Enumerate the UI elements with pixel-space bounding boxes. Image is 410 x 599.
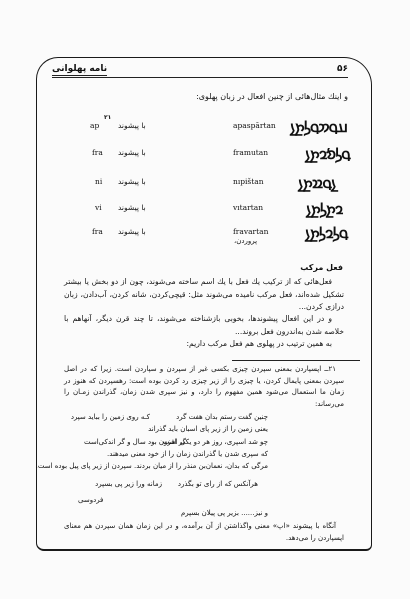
transliteration: fravartan [233, 227, 268, 236]
header-rule [52, 77, 348, 78]
intro-text: و اینك مثال‌هائی از چنین افعال در زبان پ… [196, 92, 348, 101]
with-prefix-label: با پیشوند [118, 148, 146, 157]
transliteration: nıpištan [233, 177, 264, 186]
footnote-reference: ۲۱ [104, 114, 111, 121]
verse-line: گر افزون بود سال و گر اندکی‌است [84, 438, 186, 446]
with-prefix-label: با پیشوند [118, 227, 146, 236]
prefix: ap [90, 121, 99, 130]
example-row: fra با پیشوند fravartan 𐭯𐭫𐭥𐭫𐭲𐭭 [0, 227, 410, 241]
prefix: fra [92, 227, 103, 236]
section-title: فعل مرکب [300, 263, 343, 272]
pahlavi-word: 𐭥𐭲𐭫𐭲𐭭 [306, 199, 342, 220]
transliteration: vıtartan [233, 203, 263, 212]
paragraph: فعل‌هائی که از ترکیب یك فعل با یك اسم سا… [64, 276, 344, 314]
verse-note: که سپری شدن یا گذراندن زمان را از خود مع… [107, 450, 268, 458]
pahlavi-word: 𐭯𐭫𐭥𐭫𐭲𐭭 [305, 223, 348, 244]
footnote-rule [232, 360, 360, 361]
prefix: ni [95, 177, 102, 186]
poet-name: فردوسی [78, 496, 103, 504]
verse-line: کـه روی زمین را بباید سپرد [71, 413, 150, 421]
prefix: fra [92, 148, 103, 157]
paragraph: به همین ترتیب در پهلوی هم فعل مرکب داریم… [64, 338, 344, 351]
page-number: ۵۶ [337, 64, 348, 74]
with-prefix-label: با پیشوند [118, 177, 146, 186]
transliteration: apaspārtan [233, 121, 276, 130]
prefix: vi [95, 203, 102, 212]
with-prefix-label: با پیشوند [118, 203, 146, 212]
book-title: نامه پهلوانی [52, 64, 107, 76]
example-row: ni با پیشوند nıpištan 𐭭𐭯𐭱𐭲𐭭 [0, 177, 410, 191]
paragraph: و در این افعال پیشوندها، بخوبی بازشناخته… [64, 313, 344, 338]
pahlavi-word: 𐭭𐭯𐭱𐭲𐭭 [298, 173, 336, 194]
footnote-text: ۲۱ــ اپسپاردن بمعنی سپردن چیزی بکسی غیر … [64, 364, 344, 410]
pahlavi-word: 𐭯𐭫𐭬𐭥𐭲𐭭 [305, 144, 350, 165]
fravartan-gloss: پروردن، [234, 237, 257, 245]
verse-line: چنین گفت رستم بدان هفت گرد [176, 413, 268, 421]
verse-line: و نیز...... بزیر پی پیلان بسپرم [181, 509, 268, 517]
verse-note: یعنی زمین را از زیر پای اسبان باید گذران… [148, 425, 268, 433]
example-row: vi با پیشوند vıtartan 𐭥𐭲𐭫𐭲𐭭 [0, 203, 410, 217]
footnote-closing: آنگاه با پیشوند «اپ» معنی واگذاشتن از آن… [64, 521, 344, 544]
example-row: ap با پیشوند apaspārtan 𐭠𐭯𐭮𐭯𐭫𐭲𐭭 [0, 121, 410, 135]
transliteration: framutan [233, 148, 268, 157]
pahlavi-word: 𐭠𐭯𐭮𐭯𐭫𐭲𐭭 [290, 117, 347, 138]
verse-line: زمانه ورا زیر پی بسپرد [95, 480, 162, 488]
verse-line: هرآنکس که از رای تو بگذرد [178, 480, 258, 488]
example-row: fra با پیشوند framutan 𐭯𐭫𐭬𐭥𐭲𐭭 [0, 148, 410, 162]
with-prefix-label: با پیشوند [118, 121, 146, 130]
footnote-prose: مرگی که بدان، نعمان‌بن منذر را از میان ب… [36, 462, 268, 470]
